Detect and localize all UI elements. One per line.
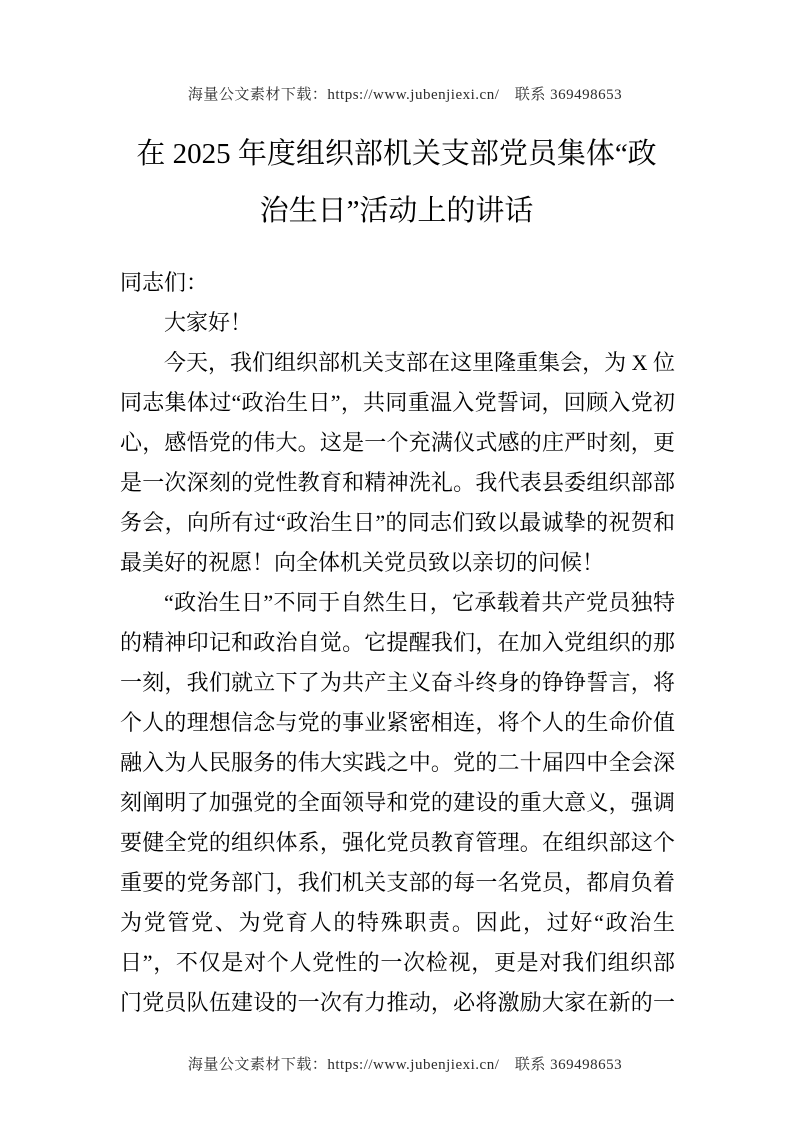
document-title: 在 2025 年度组织部机关支部党员集体“政治生日”活动上的讲话 — [136, 126, 657, 240]
page-footer: 海量公文素材下载：https://www.jubenjiexi.cn/ 联系 3… — [0, 1036, 793, 1091]
document-body: 同志们： 大家好！ 今天，我们组织部机关支部在这里隆重集会，为 X 位同志集体过… — [120, 263, 675, 1023]
paragraph-body-1: 今天，我们组织部机关支部在这里隆重集会，为 X 位同志集体过“政治生日”，共同重… — [120, 343, 675, 583]
header-text: 海量公文素材下载：https://www.jubenjiexi.cn/ 联系 3… — [188, 87, 622, 103]
paragraph-greeting: 大家好！ — [120, 303, 675, 343]
footer-text: 海量公文素材下载：https://www.jubenjiexi.cn/ 联系 3… — [188, 1057, 622, 1073]
paragraph-body-2: “政治生日”不同于自然生日，它承载着共产党员独特的精神印记和政治自觉。它提醒我们… — [120, 583, 675, 1023]
page-header: 海量公文素材下载：https://www.jubenjiexi.cn/ 联系 3… — [0, 66, 793, 121]
paragraph-salutation: 同志们： — [120, 263, 675, 303]
document-page: 海量公文素材下载：https://www.jubenjiexi.cn/ 联系 3… — [0, 0, 793, 1122]
